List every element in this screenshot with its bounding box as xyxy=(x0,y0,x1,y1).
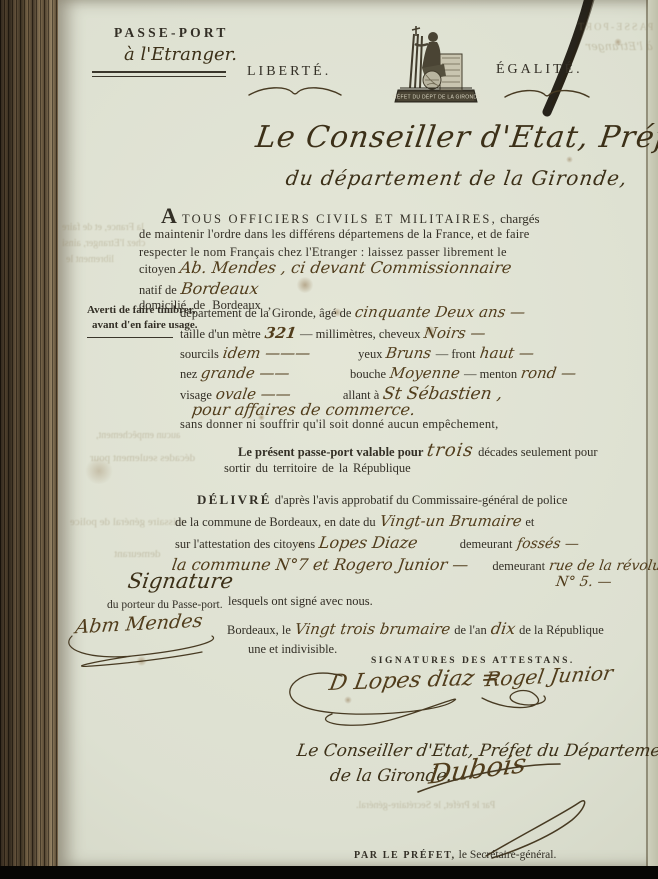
delivre-line2-label: de la commune de Bordeaux, en date du xyxy=(175,515,376,529)
scan-bottom-border xyxy=(0,866,658,879)
delivre-date-handwritten: Vingt-un Brumaire xyxy=(378,512,522,530)
nez-value-handwritten: grande —— xyxy=(200,364,291,382)
attestation-label: sur l'attestation des citoyens xyxy=(175,537,315,551)
document-title-line1: Le Conseiller d'Etat, Préfet xyxy=(254,120,658,155)
dept-label: département de la Gironde, âgé de xyxy=(180,306,351,320)
citoyens-names-handwritten: Lopes Diaze xyxy=(318,533,419,552)
opening-caps: TOUS OFFICIERS CIVILS ET MILITAIRES, xyxy=(177,212,497,226)
natif-value-handwritten: Bordeaux xyxy=(180,279,260,298)
paper-stain xyxy=(566,156,573,163)
delivre-line1: DÉLIVRÉ d'après l'avis approbatif du Com… xyxy=(197,491,567,509)
demeure2-number-handwritten: N° 5. — xyxy=(555,574,613,590)
validity-line1: Le présent passe-port valable pour trois… xyxy=(238,440,598,461)
natif-label: natif de xyxy=(139,283,177,297)
bleedthrough-text: à l'Etranger xyxy=(586,40,653,53)
delivre-line4: la commune N°7 et Rogero Junior — demeur… xyxy=(172,555,658,575)
republique-label: de la République xyxy=(519,623,604,637)
demeure1-handwritten: fossés — xyxy=(515,536,579,552)
bleedthrough-text: Par le Préfet, le Secrétaire-général. xyxy=(356,800,495,811)
attestant-signatures-flourish xyxy=(282,662,582,740)
taille-label2: — millimètres, cheveux xyxy=(300,327,420,341)
sourcils-value-handwritten: idem ——— xyxy=(222,344,312,362)
taille-label: taille d'un mètre xyxy=(180,327,261,341)
photo-crack-mark xyxy=(520,0,610,120)
signature-sublabel: du porteur du Passe-port. xyxy=(107,599,223,611)
margin-note-rule xyxy=(87,337,173,338)
bleedthrough-text: la France, et de faire xyxy=(62,222,144,233)
bleedthrough-text: PASSE-PORT xyxy=(576,22,653,33)
natif-line: natif de Bordeaux xyxy=(139,279,258,299)
drop-initial: A xyxy=(161,203,177,228)
desc-taille-line: taille d'un mètre 321 — millimètres, che… xyxy=(180,324,486,343)
validity-label1: Le présent passe-port valable pour xyxy=(238,445,423,459)
une-et-indivisible: une et indivisible. xyxy=(248,642,337,657)
document-title-line2: du département de la Gironde, xyxy=(284,166,629,190)
opening-line2: de maintenir l'ordre dans les différens … xyxy=(139,227,530,242)
front-label: — front xyxy=(436,347,476,361)
delivre-caps: DÉLIVRÉ xyxy=(197,492,272,507)
taille-value-handwritten: 321 xyxy=(263,324,297,342)
menton-label: — menton xyxy=(464,367,517,381)
passeport-subtitle: à l'Etranger. xyxy=(124,44,237,65)
delivre-rest: d'après l'avis approbatif du Commissaire… xyxy=(272,493,568,507)
citoyen-label: citoyen xyxy=(139,262,176,276)
date-handwritten: Vingt trois brumaire xyxy=(294,620,452,638)
paper-stain xyxy=(296,277,314,293)
bordeaux-le-label: Bordeaux, le xyxy=(227,623,291,637)
delivre-line2-et: et xyxy=(525,515,534,529)
date-place-line: Bordeaux, le Vingt trois brumaire de l'a… xyxy=(227,619,604,639)
lesquels-line: lesquels ont signé avec nous. xyxy=(228,594,373,609)
desc-nez-line: nez grande —— bouche Moyenne — menton ro… xyxy=(180,364,576,383)
bleedthrough-text: chez l'Etranger, ainsi xyxy=(62,238,145,249)
bleedthrough-text: librement le xyxy=(66,254,114,265)
validity-line2: sortir du territoire de la République xyxy=(224,461,411,476)
secretaire-label: le Secrétaire-général. xyxy=(456,849,557,861)
opening-rest: chargés xyxy=(497,211,540,226)
sans-donner-line: sans donner ni souffrir qu'il soit donné… xyxy=(180,417,499,432)
front-value-handwritten: haut — xyxy=(478,344,535,362)
porteur-signature-flourish xyxy=(62,628,232,670)
validity-duration-handwritten: trois xyxy=(426,440,476,461)
liberte-label: LIBERTÉ. xyxy=(247,64,331,80)
passport-scan: PASSE-PORT à l'Etranger la France, et de… xyxy=(0,0,658,879)
yeux-label: yeux xyxy=(358,347,382,361)
menton-value-handwritten: rond — xyxy=(520,364,578,382)
desc-departement-line: département de la Gironde, âgé de cinqua… xyxy=(180,303,526,322)
bouche-value-handwritten: Moyenne xyxy=(389,364,461,382)
book-binding-page-lines xyxy=(0,0,66,879)
bleedthrough-text: missaire général de police xyxy=(70,516,185,528)
citoyen-name-handwritten: Ab. Mendes , ci devant Commissionnaire xyxy=(178,258,512,277)
citoyen-line: citoyen Ab. Mendes , ci devant Commissio… xyxy=(139,258,511,278)
age-value-handwritten: cinquante Deux ans — xyxy=(354,303,527,321)
desc-sourcils-line: sourcils idem ——— yeux Bruns — front hau… xyxy=(180,344,534,363)
emblem-caption: PRÉFET DU DÉPT DE LA GIRONDE. xyxy=(392,94,480,101)
validity-label2: décades seulement pour xyxy=(478,445,597,459)
flourish-under-egalite xyxy=(503,87,591,101)
bleedthrough-text: demeurant xyxy=(114,548,160,560)
gironde-prefecture-emblem: PRÉFET DU DÉPT DE LA GIRONDE. xyxy=(392,20,480,106)
demeure2-handwritten: rue de la révolution xyxy=(548,558,658,574)
nez-label: nez xyxy=(180,367,197,381)
sourcils-label: sourcils xyxy=(180,347,219,361)
flourish-under-liberte xyxy=(247,84,343,98)
bleedthrough-text: aucun empêchement, xyxy=(96,430,180,441)
demeurant-label2: demeurant xyxy=(492,559,545,573)
signature-label: Signature xyxy=(126,569,234,593)
passeport-title: PASSE-PORT xyxy=(114,25,229,41)
delivre-line3: sur l'attestation des citoyens Lopes Dia… xyxy=(175,533,578,553)
bouche-label: bouche xyxy=(350,367,386,381)
de-lan-label: de l'an xyxy=(454,623,486,637)
cheveux-value-handwritten: Noirs — xyxy=(423,324,487,342)
par-le-prefet-line: PAR LE PRÉFET, le Secrétaire-général. xyxy=(354,845,556,863)
egalite-label: ÉGALITÉ. xyxy=(496,62,583,78)
demeurant-label1: demeurant xyxy=(460,537,513,551)
prefet-signature-flourish xyxy=(414,758,564,798)
opening-line1: A TOUS OFFICIERS CIVILS ET MILITAIRES, c… xyxy=(161,203,540,229)
yeux-value-handwritten: Bruns xyxy=(385,344,433,362)
delivre-line2: de la commune de Bordeaux, en date du Vi… xyxy=(175,512,534,531)
par-le-prefet-caps: PAR LE PRÉFET, xyxy=(354,850,456,861)
an-handwritten: dix xyxy=(489,619,516,638)
header-double-rule xyxy=(92,71,226,77)
bleedthrough-text: décades seulement pour xyxy=(90,452,195,464)
